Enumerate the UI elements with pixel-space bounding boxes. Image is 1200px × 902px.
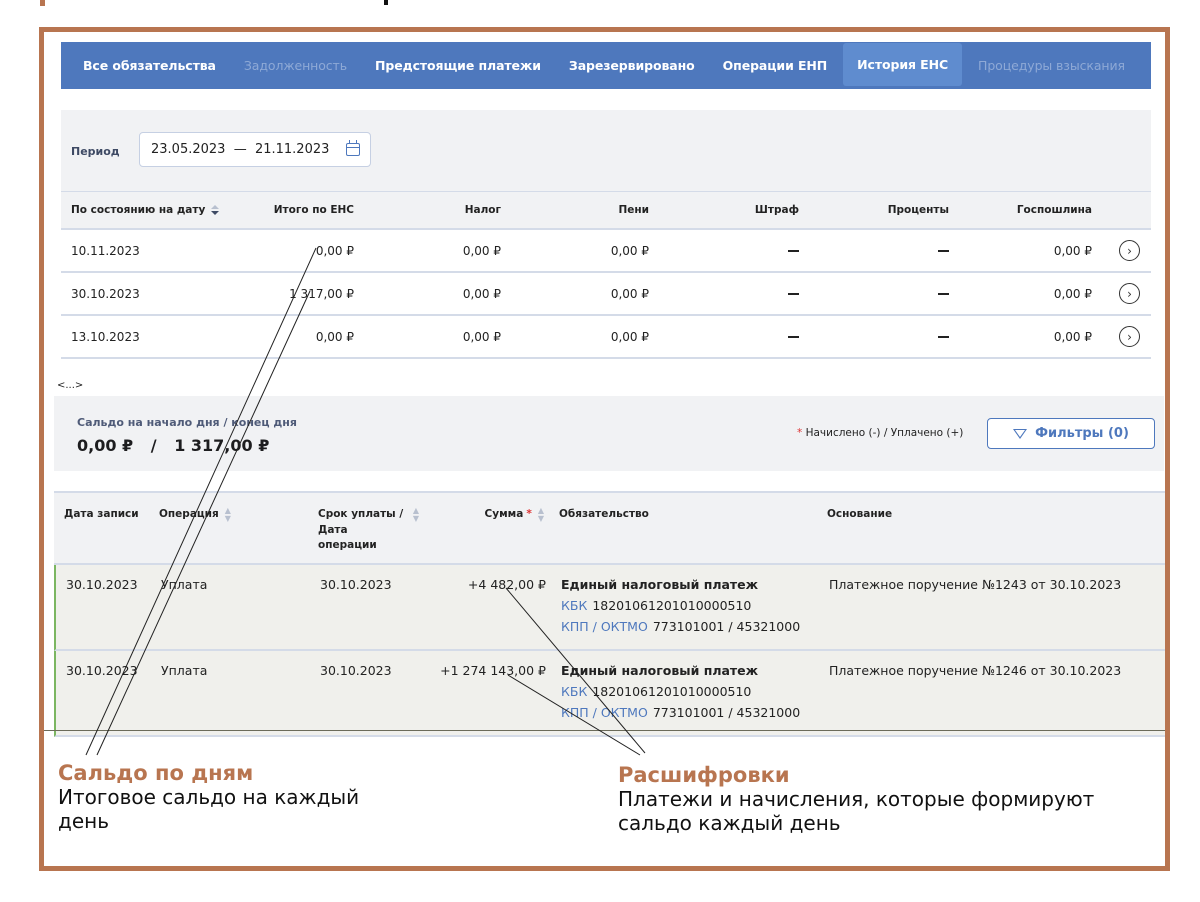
row-details-button[interactable]: ›	[1119, 316, 1143, 357]
saldo-summary: Сальдо на начало дня / конец дня 0,00 ₽ …	[54, 396, 1164, 471]
annotation-title: Расшифровки	[618, 763, 1158, 787]
annotation-daily-balance: Сальдо по дням Итоговое сальдо на каждый…	[58, 761, 398, 833]
cell-operation: Уплата	[161, 651, 321, 735]
cropped-heading-fragment	[384, 0, 388, 5]
saldo-label: Сальдо на начало дня / конец дня	[77, 416, 297, 429]
cell-penalty: 0,00 ₽	[531, 316, 649, 357]
column-header-due-date[interactable]: Срок уплаты / ▲▼ Дата операции	[318, 493, 438, 563]
cell-basis: Платежное поручение №1243 от 30.10.2023	[829, 565, 1159, 649]
saldo-end: 1 317,00 ₽	[174, 436, 269, 455]
obligation-title: Единый налоговый платеж	[561, 577, 758, 592]
funnel-icon	[1013, 429, 1027, 439]
cell-total: 1 317,00 ₽	[221, 273, 354, 314]
cell-due-date: 30.10.2023	[320, 565, 440, 649]
operations-table: Дата записи Операция ▲▼ Срок уплаты / ▲▼…	[54, 491, 1169, 737]
cell-duty: 0,00 ₽	[971, 316, 1092, 357]
annotation-breakdowns: Расшифровки Платежи и начисления, которы…	[618, 763, 1158, 835]
empty-value-dash	[788, 336, 799, 338]
period-date-range-input[interactable]: 23.05.2023 — 21.11.2023	[139, 132, 371, 167]
saldo-separator: /	[151, 436, 157, 455]
column-header-basis: Основание	[827, 493, 1157, 563]
sort-icon[interactable]: ▲▼	[413, 507, 419, 523]
cell-percent	[821, 273, 949, 314]
cell-penalty: 0,00 ₽	[531, 273, 649, 314]
sort-icon[interactable]	[211, 205, 219, 215]
chevron-right-circle-icon[interactable]: ›	[1119, 326, 1140, 347]
kpp-oktmo-value: 773101001 / 45321000	[653, 705, 800, 720]
tab-debt: Задолженность	[230, 42, 361, 89]
cell-sum: +1 274 143,00 ₽	[426, 651, 546, 735]
chevron-right-circle-icon[interactable]: ›	[1119, 283, 1140, 304]
column-header-fine: Штраф	[671, 192, 799, 228]
kbk-value: 18201061201010000510	[592, 684, 751, 699]
annotation-title: Сальдо по дням	[58, 761, 398, 785]
annotated-screenshot-frame: Все обязательства Задолженность Предстоя…	[39, 27, 1170, 871]
filters-button[interactable]: Фильтры (0)	[987, 418, 1155, 449]
tab-upcoming-payments[interactable]: Предстоящие платежи	[361, 42, 555, 89]
saldo-start: 0,00 ₽	[77, 436, 133, 455]
period-filter: Период 23.05.2023 — 21.11.2023	[61, 110, 1151, 192]
cell-operation: Уплата	[161, 565, 321, 649]
cell-due-date: 30.10.2023	[320, 651, 440, 735]
table-row[interactable]: 30.10.20231 317,00 ₽0,00 ₽0,00 ₽0,00 ₽›	[61, 273, 1151, 316]
cell-total: 0,00 ₽	[221, 230, 354, 271]
omitted-content-marker: <...>	[57, 380, 83, 391]
period-value: 23.05.2023 — 21.11.2023	[151, 142, 329, 157]
table-header: По состоянию на дату Итого по ЕНС Налог …	[61, 192, 1151, 230]
balance-by-date-table: По состоянию на дату Итого по ЕНС Налог …	[61, 192, 1151, 359]
required-star: *	[526, 507, 532, 522]
obligation-title: Единый налоговый платеж	[561, 663, 758, 678]
chevron-right-circle-icon[interactable]: ›	[1119, 240, 1140, 261]
crop-divider	[44, 730, 1170, 731]
row-details-button[interactable]: ›	[1119, 273, 1143, 314]
column-header-percent: Проценты	[821, 192, 949, 228]
cell-duty: 0,00 ₽	[971, 273, 1092, 314]
kbk-line: КБК18201061201010000510	[561, 684, 751, 699]
column-header-duty: Госпошлина	[971, 192, 1092, 228]
cell-basis: Платежное поручение №1246 от 30.10.2023	[829, 651, 1159, 735]
saldo-value: 0,00 ₽ / 1 317,00 ₽	[77, 436, 269, 455]
kpp-oktmo-label: КПП / ОКТМО	[561, 619, 648, 634]
empty-value-dash	[938, 293, 949, 295]
table-row[interactable]: 30.10.2023Уплата30.10.2023+4 482,00 ₽Еди…	[54, 565, 1169, 651]
column-header-sum[interactable]: Сумма * ▲▼	[424, 493, 544, 563]
calendar-icon[interactable]	[346, 143, 360, 156]
kpp-oktmo-line: КПП / ОКТМО773101001 / 45321000	[561, 619, 800, 634]
column-header-obligation: Обязательство	[559, 493, 819, 563]
cell-tax: 0,00 ₽	[381, 273, 501, 314]
cell-obligation: Единый налоговый платежКБК18201061201010…	[561, 565, 821, 649]
empty-value-dash	[788, 293, 799, 295]
table-row[interactable]: 13.10.20230,00 ₽0,00 ₽0,00 ₽0,00 ₽›	[61, 316, 1151, 359]
kbk-label: КБК	[561, 598, 587, 613]
empty-value-dash	[788, 250, 799, 252]
cell-tax: 0,00 ₽	[381, 316, 501, 357]
sort-icon[interactable]: ▲▼	[225, 507, 231, 523]
tab-ens-history[interactable]: История ЕНС	[843, 43, 962, 86]
kbk-value: 18201061201010000510	[592, 598, 751, 613]
cropped-heading-fragment	[40, 0, 45, 6]
sort-icon[interactable]: ▲▼	[538, 507, 544, 523]
kpp-oktmo-value: 773101001 / 45321000	[653, 619, 800, 634]
cell-penalty: 0,00 ₽	[531, 230, 649, 271]
column-header-tax: Налог	[381, 192, 501, 228]
column-header-operation[interactable]: Операция ▲▼	[159, 493, 319, 563]
kpp-oktmo-line: КПП / ОКТМО773101001 / 45321000	[561, 705, 800, 720]
cell-percent	[821, 230, 949, 271]
table-row[interactable]: 10.11.20230,00 ₽0,00 ₽0,00 ₽0,00 ₽›	[61, 230, 1151, 273]
empty-value-dash	[938, 250, 949, 252]
cell-fine	[671, 316, 799, 357]
cropped-heading	[0, 0, 1200, 8]
tab-reserved[interactable]: Зарезервировано	[555, 42, 709, 89]
cell-record-date: 30.10.2023	[66, 565, 166, 649]
tab-collection-procedures: Процедуры взыскания	[964, 42, 1139, 89]
cell-obligation: Единый налоговый платежКБК18201061201010…	[561, 651, 821, 735]
annotation-text: Итоговое сальдо на каждый день	[58, 785, 398, 833]
table-row[interactable]: 30.10.2023Уплата30.10.2023+1 274 143,00 …	[54, 651, 1169, 737]
row-details-button[interactable]: ›	[1119, 230, 1143, 271]
cell-total: 0,00 ₽	[221, 316, 354, 357]
cell-duty: 0,00 ₽	[971, 230, 1092, 271]
cell-percent	[821, 316, 949, 357]
kpp-oktmo-label: КПП / ОКТМО	[561, 705, 648, 720]
column-header-total: Итого по ЕНС	[221, 192, 354, 228]
kbk-label: КБК	[561, 684, 587, 699]
required-star: *	[797, 427, 802, 439]
cell-sum: +4 482,00 ₽	[426, 565, 546, 649]
table-header: Дата записи Операция ▲▼ Срок уплаты / ▲▼…	[54, 491, 1169, 565]
kbk-line: КБК18201061201010000510	[561, 598, 751, 613]
column-header-penalty: Пени	[531, 192, 649, 228]
column-header-record-date: Дата записи	[64, 493, 164, 563]
cell-fine	[671, 273, 799, 314]
tab-all-obligations[interactable]: Все обязательства	[69, 42, 230, 89]
tab-bar: Все обязательства Задолженность Предстоя…	[61, 42, 1151, 89]
empty-value-dash	[938, 336, 949, 338]
tab-enp-operations[interactable]: Операции ЕНП	[709, 42, 842, 89]
cell-record-date: 30.10.2023	[66, 651, 166, 735]
cell-tax: 0,00 ₽	[381, 230, 501, 271]
sign-legend: * Начислено (-) / Уплачено (+)	[797, 427, 963, 439]
annotation-text: Платежи и начисления, которые формируют …	[618, 787, 1158, 835]
cell-fine	[671, 230, 799, 271]
period-label: Период	[71, 145, 120, 158]
